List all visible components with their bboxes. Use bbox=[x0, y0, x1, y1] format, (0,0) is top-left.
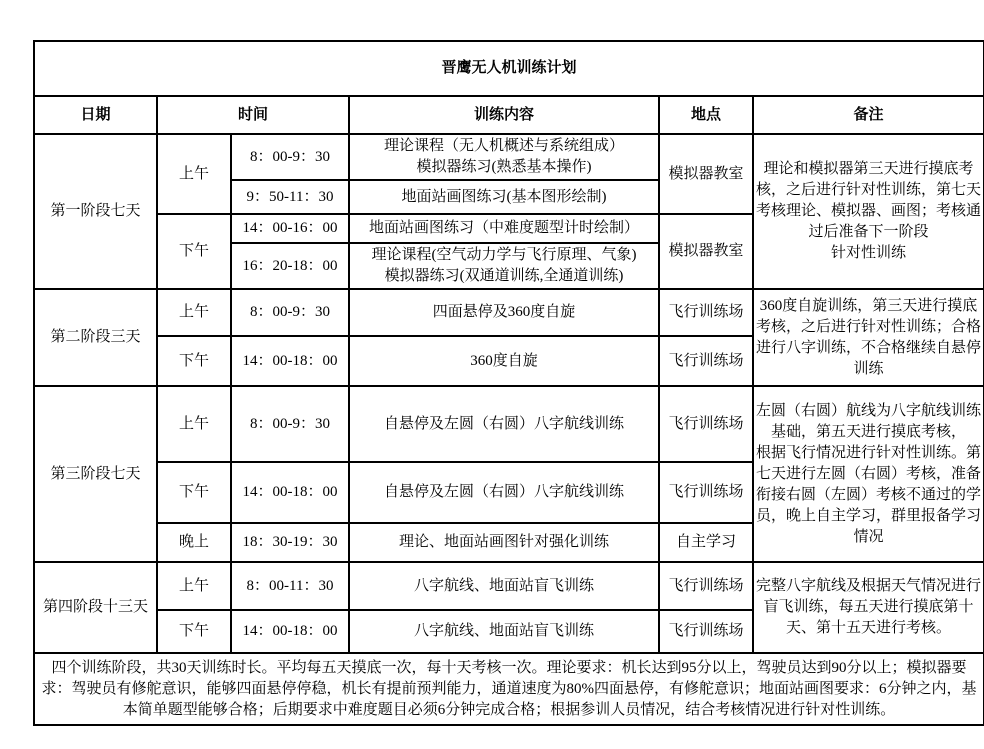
stage1-date-cell: 第一阶段七天 bbox=[34, 134, 157, 289]
stage3-row2-time-cell: 14：00-18：00 bbox=[231, 462, 349, 523]
stage4-row2-location-cell: 飞行训练场 bbox=[659, 610, 753, 653]
stage1-row3-content-cell: 地面站画图练习（中难度题型计时绘制） bbox=[349, 214, 659, 243]
stage2-remark-cell: 360度自旋训练，第三天进行摸底考核，之后进行针对性训练；合格进行八字训练，不合… bbox=[753, 289, 984, 386]
stage3-remark-cell: 左圆（右圆）航线为八字航线训练基础，第五天进行摸底考核， 根据飞行情况进行针对性… bbox=[753, 386, 984, 562]
stage3-period-afternoon-cell: 下午 bbox=[157, 462, 231, 523]
stage4-row1-location-cell: 飞行训练场 bbox=[659, 562, 753, 610]
stage1-row2-time-cell: 9：50-11：30 bbox=[231, 180, 349, 214]
column-header-location: 地点 bbox=[659, 96, 753, 134]
stage3-row3-location-cell: 自主学习 bbox=[659, 523, 753, 562]
stage3-row3-time-cell: 18：30-19：30 bbox=[231, 523, 349, 562]
training-plan-table-wrapper: 晋鹰无人机训练计划 日期 时间 训练内容 地点 备注 第一阶段七天 上午 8：0… bbox=[33, 40, 983, 726]
stage1-period-afternoon-cell: 下午 bbox=[157, 214, 231, 289]
stage4-period-morning-cell: 上午 bbox=[157, 562, 231, 610]
training-plan-table: 晋鹰无人机训练计划 日期 时间 训练内容 地点 备注 第一阶段七天 上午 8：0… bbox=[33, 40, 984, 726]
stage3-period-evening-cell: 晚上 bbox=[157, 523, 231, 562]
stage1-row1-content-cell: 理论课程（无人机概述与系统组成） 模拟器练习(熟悉基本操作) bbox=[349, 134, 659, 180]
stage3-row2-location-cell: 飞行训练场 bbox=[659, 462, 753, 523]
stage2-row2-content-cell: 360度自旋 bbox=[349, 336, 659, 386]
stage2-date-cell: 第二阶段三天 bbox=[34, 289, 157, 386]
stage1-period-morning-cell: 上午 bbox=[157, 134, 231, 214]
footer-note: 四个训练阶段，共30天训练时长。平均每五天摸底一次，每十天考核一次。理论要求：机… bbox=[34, 653, 984, 725]
stage4-row2-content-cell: 八字航线、地面站盲飞训练 bbox=[349, 610, 659, 653]
stage2-row1-content-cell: 四面悬停及360度自旋 bbox=[349, 289, 659, 336]
stage2-period-morning-cell: 上午 bbox=[157, 289, 231, 336]
stage4-row1-time-cell: 8：00-11：30 bbox=[231, 562, 349, 610]
stage1-row3-time-cell: 14：00-16：00 bbox=[231, 214, 349, 243]
column-header-remark: 备注 bbox=[753, 96, 984, 134]
stage1-row4-time-cell: 16：20-18：00 bbox=[231, 243, 349, 289]
stage3-date-cell: 第三阶段七天 bbox=[34, 386, 157, 562]
stage4-remark-cell: 完整八字航线及根据天气情况进行盲飞训练，每五天进行摸底第十天、第十五天进行考核。 bbox=[753, 562, 984, 653]
stage1-remark-cell: 理论和模拟器第三天进行摸底考核，之后进行针对性训练，第七天考核理论、模拟器、画图… bbox=[753, 134, 984, 289]
stage4-date-cell: 第四阶段十三天 bbox=[34, 562, 157, 653]
stage1-afternoon-location-cell: 模拟器教室 bbox=[659, 214, 753, 289]
stage1-row4-content-cell: 理论课程(空气动力学与飞行原理、气象) 模拟器练习(双通道训练,全通道训练) bbox=[349, 243, 659, 289]
stage3-row1-content-cell: 自悬停及左圆（右圆）八字航线训练 bbox=[349, 386, 659, 462]
column-header-date: 日期 bbox=[34, 96, 157, 134]
stage2-row2-location-cell: 飞行训练场 bbox=[659, 336, 753, 386]
stage1-row1-time-cell: 8：00-9：30 bbox=[231, 134, 349, 180]
stage2-period-afternoon-cell: 下午 bbox=[157, 336, 231, 386]
stage3-period-morning-cell: 上午 bbox=[157, 386, 231, 462]
stage2-row1-time-cell: 8：00-9：30 bbox=[231, 289, 349, 336]
stage4-row1-content-cell: 八字航线、地面站盲飞训练 bbox=[349, 562, 659, 610]
stage3-row3-content-cell: 理论、地面站画图针对强化训练 bbox=[349, 523, 659, 562]
stage2-row2-time-cell: 14：00-18：00 bbox=[231, 336, 349, 386]
stage1-morning-location-cell: 模拟器教室 bbox=[659, 134, 753, 214]
stage3-row2-content-cell: 自悬停及左圆（右圆）八字航线训练 bbox=[349, 462, 659, 523]
stage1-row2-content-cell: 地面站画图练习(基本图形绘制) bbox=[349, 180, 659, 214]
stage3-row1-location-cell: 飞行训练场 bbox=[659, 386, 753, 462]
stage3-row1-time-cell: 8：00-9：30 bbox=[231, 386, 349, 462]
stage4-row2-time-cell: 14：00-18：00 bbox=[231, 610, 349, 653]
column-header-time: 时间 bbox=[157, 96, 349, 134]
column-header-content: 训练内容 bbox=[349, 96, 659, 134]
stage4-period-afternoon-cell: 下午 bbox=[157, 610, 231, 653]
page-title: 晋鹰无人机训练计划 bbox=[34, 41, 984, 96]
stage2-row1-location-cell: 飞行训练场 bbox=[659, 289, 753, 336]
